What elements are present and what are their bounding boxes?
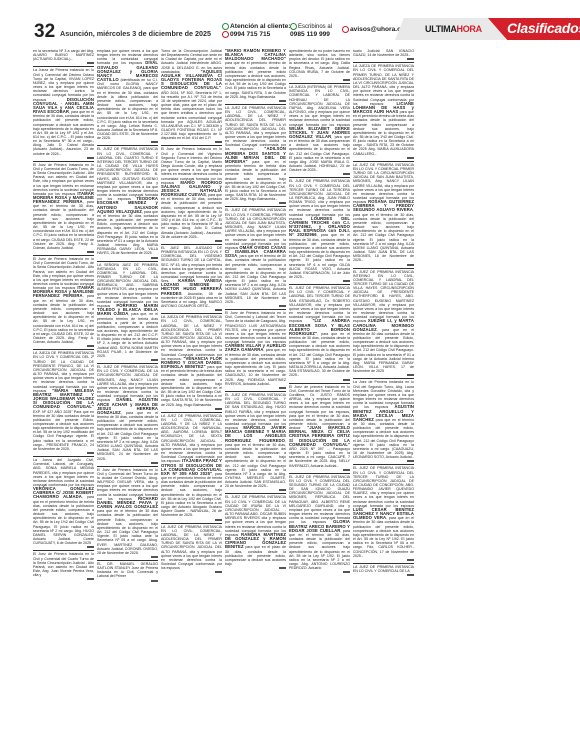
notice-body: , para que en el término de 30 días, con… [33,110,94,156]
notice-code-tag [225,99,286,102]
legal-notice: EL JUEZ DE PRIMERA INSTANCIA EN LO CIVIL… [289,284,350,382]
notice-body: , para que en el término de 30 días, con… [161,193,222,239]
notice-code-tag [353,459,414,462]
legal-notice: El Juez de Primera Instancia en lo Civil… [97,466,158,560]
notice-text: EL JUEZ DE PRIMERA INSTANCIA INTERINO EN… [353,270,414,324]
legal-notice: EL JUEZ DE PRIMERA INSTANCIA EN LO CIVIL… [225,206,286,309]
legal-notice: EL JUEZ DE PRIMERA INSTANCIA EN LO CIVIL… [289,473,350,576]
notice-parties: "MARIA MELESIA BEATRIZ MARTINEZ Y JORGE … [33,388,94,410]
notice-text: tuario Judicial: SAN IGNACIO GUAZÚ, 14 d… [353,49,414,57]
legal-notice: El Juez de Primera Instancia en lo Civil… [161,145,222,243]
notice-text: LA SEÑORA JUEZ DE PRIMERA INSTANCIA EN L… [97,263,158,309]
notice-text: EL JUEZ DE PRIMERA INSTANCIA EN LO CIVIL… [289,475,350,525]
notice-text: EL DR. MANUEL GERALDO SAITLOIN STANLEY J… [97,562,158,578]
legal-notice: EL DR. MANUEL GERALDO SAITLOIN STANLEY J… [97,560,158,584]
whatsapp-icon [290,23,297,30]
notice-text: El Juez de primera instancia en lo Civil… [289,385,350,431]
section-title: Clasificados [507,20,580,36]
notice-code-tag [225,566,286,569]
legal-notice: EL JUEZ DE PRIMERA INSTANCIA EN LO CIVIL… [97,145,158,260]
notice-body: , para que en el término de 30 días, con… [225,254,286,304]
legal-notice: EL JUEZ DE PRIMERA INSTANCIA EN LO CIVIL… [225,391,286,494]
legal-notice: LA JUEZA DE PRIMERA INSTANCIA EN LO CIVI… [33,349,94,456]
legal-notice: El Juez de Primera Instancia en lo Civil… [33,161,94,255]
column-5: apercibimiento de no poder hacerlo en ad… [289,48,350,748]
notice-body: , para que en el término de 30 días, con… [289,233,350,279]
notice-body: AÑO 2025 Nº 397 ... Paraguayo vigente. E… [289,447,350,468]
notice-text: LA JUEZA DE PRIMERA INSTANCIA EN LO CIVI… [161,315,222,361]
notice-body: , para que en el término de 30 días, con… [97,411,158,461]
customer-service-contact: Atención al cliente: 0994 715 715 [222,23,290,39]
notice-body: , para que, en el perentorio término de … [97,312,158,358]
notice-text: LA JUEZ DE PRIMERA INSTANCIA EN LO CIVIL… [225,106,286,152]
column-3: Turno de la Circunscripción Judicial del… [161,48,222,748]
notice-code-tag [97,140,158,143]
notice-text: EL JUEZ DE PRIMERA INSTANCIA EN LO CIVIL… [289,179,350,220]
legal-notice: LA SEÑORA JUEZ DE PRIMERA INSTANCIA EN L… [97,261,158,364]
notice-body: (identificada en su C.I. Civil como GLOR… [97,78,158,140]
notice-code-tag [353,373,414,376]
notice-code-tag [33,156,94,159]
notice-code-tag [33,344,94,347]
notice-text: EL JUEZ DE PRIMERA INSTANCIA EN LO CIVIL… [225,208,286,249]
column-4: "MARIO RAMÓN ROMERO Y BLANCA CATALINA MA… [225,48,286,748]
notice-text: LA JUEZA DE PRIMERA INSTANCIA EN LO CIVI… [33,351,94,392]
notice-body: para que en el perentorio término de tre… [225,160,286,201]
brand-banner: ULTIMAHORA Clasificados [395,18,580,40]
notice-text: LA JUEZ DE PRIMERA INSTANCIA EN LO CIVIL… [353,565,414,573]
notice-code-tag [161,239,222,242]
notice-body: , para que en el término de 30 días comp… [289,135,350,172]
notice-code-tag [33,451,94,454]
legal-notice: LA JUEZ DE PRIMERA INSTANCIA EN LO CIVIL… [225,104,286,207]
legal-notice: LA JUEZ DE PRIMERA INSTANCIA EN LO CIVIL… [353,563,414,578]
notice-code-tag [225,488,286,491]
notice-parties: "JUAN MARCELO BERNAL MEZA C/ CELIA CRIST… [289,425,350,447]
notice-text: EL JUEZ DE PRIMERA INSTANCIA EN LO CIVIL… [97,147,158,201]
notice-body: , para que en el término de 30 días cont… [353,328,414,374]
legal-notice: El Juez de Primera Instancia en lo Civil… [33,550,94,582]
notice-code-tag [225,386,286,389]
notice-code-tag [33,250,94,253]
legal-notice: LA JUEZA (INTERINA) DE PRIMERA INSTANCIA… [289,83,350,177]
notice-code-tag [161,308,222,311]
legal-notice: emplaza por quince veces a los que tenga… [97,48,158,145]
notice-code-tag [353,263,414,266]
legal-notice: EL JUEZ DE PRIMERA INSTANCIA EN LO CIVIL… [97,363,158,466]
notice-body: , para que en el término de 30 días cont… [353,516,414,557]
notice-text: LA JUEZA DE PRIMERA INSTANCIA EN LO CIVI… [353,64,414,105]
notice-code-tag [353,57,414,60]
legal-notice: EL JUEZ DEL JUZGADO DE PRIMERA INSTANCIA… [161,244,222,313]
notice-text: LA JUEZA (INTERINA) DE PRIMERA INSTANCIA… [289,85,350,126]
notice-body: para que en el término de 30 días contad… [97,509,158,555]
notice-text: LA JUEZ DE PRIMERA INSTANCIA EN LO CIVIL… [161,525,222,571]
notices-columns: en la secretaría Nº 3 a cargo del Abg. A… [33,48,543,748]
page-header: 32 Asunción, miércoles 3 de diciembre de… [0,22,580,44]
legal-notice: El Juez de primera instancia en lo Civil… [289,383,350,473]
legal-notice: LA JUEZA DE PRIMERA INSTANCIA EN LO CIVI… [161,313,222,411]
whatsapp-icon [222,23,229,30]
customer-service-phone[interactable]: 0994 715 715 [230,31,270,38]
notice-code-tag [353,573,414,576]
notice-text: La Jueza del Juzgado Civil, Comercial, L… [33,458,94,487]
notice-code-tag [161,518,222,521]
notice-text: LA JUEZ DE PRIMERA INSTANCIA EN LO CIVIL… [353,163,414,204]
legal-notice: La Jueza del Juzgado Civil, Comercial, L… [33,456,94,550]
notice-code-tag [289,570,350,573]
notice-body: , para que, en el término de 30 días, co… [225,348,286,385]
notice-body: , para que en el perentorio término de t… [33,495,94,545]
notice-code-tag [161,570,222,573]
notice-body: EXP. Nº 427 AÑO 2025" Para que en términ… [33,410,94,451]
phone-icon [222,31,229,38]
notice-code-tag [225,304,286,307]
classifieds-page: 32 Asunción, miércoles 3 de diciembre de… [0,0,580,756]
notice-body: , para que en el término de 30 días, con… [33,294,94,344]
notice-code-tag [97,555,158,558]
ultimahora-logo: ULTIMAHORA [425,24,482,34]
notice-code-tag [161,140,222,143]
notice-code-tag [97,579,158,582]
legal-notice: EL JUEZ DE PRIMERA INSTANCIA EN LO CIVIL… [289,177,350,284]
notice-code-tag [289,279,350,282]
column-6: tuario Judicial: SAN IGNACIO GUAZÚ, 14 d… [353,48,414,748]
notice-code-tag [33,61,94,64]
notice-code-tag [289,468,350,471]
legal-notice: LA JUEZ DE PRIMERA INSTANCIA EN LO CIVIL… [353,161,414,268]
legal-notice: La Jueza de Primera Instancia en lo Civi… [33,66,94,160]
notice-body: , para que en el perentorio término de t… [161,472,222,518]
legal-notice: EL JUEZ DE PRIMERA INSTANCIA EN LO CIVIL… [353,464,414,562]
notice-code-tag [353,156,414,159]
legal-notice: EL JUEZ DE PRIMERA INSTANCIA INTERINO EN… [353,268,414,379]
notice-body: , para que en el término de 30 días cont… [97,210,158,256]
legal-notice: EL JUEZ DE PRIMERA INSTANCIA EN LO CIVIL… [225,493,286,571]
notice-body: , para que en el término de 30 días, con… [289,332,350,378]
legal-notice: La Juez de Primera Instancia en lo Civil… [353,378,414,464]
notice-body: , para que en el término de 30 días, con… [33,200,94,250]
column-1: en la secretaría Nº 3 a cargo del Abg. A… [33,48,94,748]
notice-text: en la secretaría Nº 3 a cargo del Abg. A… [33,49,94,61]
notice-body: para que en el perentorio término de tre… [225,61,286,98]
notice-code-tag [97,461,158,464]
legal-notice: El Juez de Primera Instancia en lo Civil… [225,309,286,391]
whatsapp-number[interactable]: 0985 119 999 [290,31,330,38]
notice-text: LA JUEZ DE PRIMERA INSTANCIA EN LO CIVIL… [161,414,222,464]
notice-text: El Juez de Primera Instancia en lo Civil… [33,552,94,577]
notice-code-tag [33,545,94,548]
notice-body: , para que en el término de 30 días, con… [225,439,286,489]
notice-body: , para que en el término de 30 días, con… [353,208,414,262]
notice-body: para que en el perentorio término de tre… [161,365,222,406]
notice-body: . AÑO 2024, Nº 502, Secretaría Nº 1, ha … [161,86,222,140]
notice-code-tag [289,378,350,381]
legal-notice: "MARIO RAMÓN ROMERO Y BLANCA CATALINA MA… [225,48,286,104]
notice-code-tag [289,78,350,81]
notice-code-tag [289,172,350,175]
page-number: 32 [34,22,55,42]
notice-body: para que en el término de 30 días, conta… [353,418,414,459]
column-2: emplaza por quince veces a los que tenga… [97,48,158,748]
publication-date: Asunción, miércoles 3 de diciembre de 20… [60,29,211,38]
notice-text: El Juez de Primera Instancia en lo Civil… [225,311,286,344]
notice-code-tag [97,256,158,259]
email-icon [342,26,349,33]
whatsapp-contact: Escribinos al 0985 119 999 [290,23,332,39]
legal-notice: LA JUEZA DE PRIMERA INSTANCIA EN LO CIVI… [353,62,414,160]
notice-body: para que en el perentorio término de tre… [353,110,414,156]
notice-code-tag [353,558,414,561]
legal-notice: El Juez de Primera Instancia en lo Civil… [33,255,94,349]
legal-notice: LA JUEZ DE PRIMERA INSTANCIA EN LO CIVIL… [161,412,222,523]
notice-text: EL JUEZ DE PRIMERA INSTANCIA EN LO CIVIL… [353,466,414,507]
legal-notice: apercibimiento de no poder hacerlo en ad… [289,48,350,83]
notice-parties: "AQUILES AGUILAR VILLANUEVA C/ GLADYS FO… [161,69,222,91]
notice-code-tag [161,407,222,410]
legal-notice: LA JUEZ DE PRIMERA INSTANCIA EN LO CIVIL… [161,523,222,576]
notice-text: EL JUEZ DE PRIMERA INSTANCIA EN LO CIVIL… [225,495,286,536]
legal-notice: Turno de la Circunscripción Judicial del… [161,48,222,145]
notice-text: "MARIO RAMÓN ROMERO Y BLANCA CATALINA MA… [225,48,286,61]
legal-notice: tuario Judicial: SAN IGNACIO GUAZÚ, 14 d… [353,48,414,62]
notice-code-tag [33,577,94,580]
notice-text: apercibimiento de no poder hacerlo en ad… [289,49,350,78]
notice-code-tag [97,358,158,361]
notice-code-tag [225,201,286,204]
legal-notice: en la secretaría Nº 3 a cargo del Abg. A… [33,48,94,66]
notice-body: , para que en el término de 30 días, con… [289,529,350,570]
